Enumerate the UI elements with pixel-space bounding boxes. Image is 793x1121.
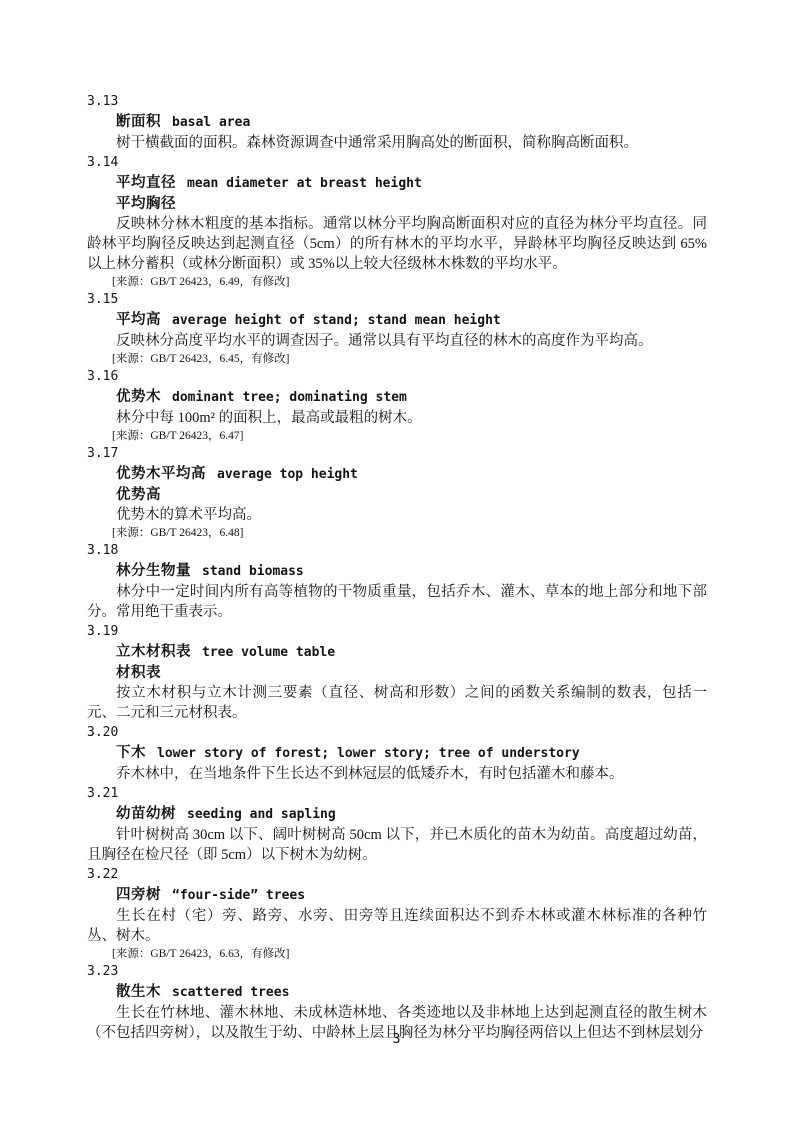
source-note: [来源：GB/T 26423，6.63，有修改] [87, 946, 707, 962]
definition: 反映林分林木粗度的基本指标。通常以林分平均胸高断面积对应的直径为林分平均直径。同… [87, 214, 707, 274]
term-zh: 优势木平均高 [116, 466, 206, 482]
term-line: 林分生物量stand biomass [87, 561, 707, 582]
definition: 林分中一定时间内所有高等植物的干物质重量，包括乔木、灌木、草本的地上部分和地下部… [87, 582, 707, 622]
section-number: 3.23 [87, 962, 707, 982]
term-line: 优势高 [87, 485, 707, 505]
term-en: dominant tree; dominating stem [172, 390, 407, 405]
term-section: 3.23 散生木scattered trees 生长在竹林地、灌木林地、未成林造… [87, 962, 707, 1043]
term-line: 平均直径mean diameter at breast height [87, 173, 707, 194]
definition: 树干横截面的面积。森林资源调查中通常采用胸高处的断面积，简称胸高断面积。 [87, 133, 707, 153]
definition-paragraph: 乔木林中，在当地条件下生长达不到林冠层的低矮乔木，有时包括灌木和藤本。 [87, 764, 707, 784]
term-zh: 四旁树 [116, 887, 161, 903]
term-section: 3.20 下木lower story of forest; lower stor… [87, 723, 707, 784]
term-zh: 下木 [116, 745, 146, 761]
term-zh: 断面积 [116, 114, 161, 130]
definition-paragraph: 林分中一定时间内所有高等植物的干物质重量，包括乔木、灌木、草本的地上部分和地下部… [87, 582, 707, 622]
definition-paragraph: 优势木的算术平均高。 [87, 505, 707, 525]
definition: 林分中每 100m² 的面积上，最高或最粗的树木。 [87, 408, 707, 428]
term-en: average height of stand; stand mean heig… [172, 313, 501, 328]
term-section: 3.16 优势木dominant tree; dominating stem 林… [87, 367, 707, 444]
term-line: 断面积basal area [87, 112, 707, 133]
term-line: 四旁树“four-side” trees [87, 885, 707, 906]
term-zh: 优势木 [116, 389, 161, 405]
definition: 生长在村（宅）旁、路旁、水旁、田旁等且连续面积达不到乔木林或灌木林标准的各种竹丛… [87, 906, 707, 946]
term-zh: 林分生物量 [116, 563, 191, 579]
term-lines: 断面积basal area [87, 112, 707, 133]
source-note: [来源：GB/T 26423，6.49，有修改] [87, 274, 707, 290]
definition: 反映林分高度平均水平的调查因子。通常以具有平均直径的林木的高度作为平均高。 [87, 331, 707, 351]
term-zh: 平均胸径 [116, 196, 176, 212]
term-section: 3.21 幼苗幼树seeding and sapling 针叶树树高 30cm … [87, 784, 707, 865]
definition: 优势木的算术平均高。 [87, 505, 707, 525]
term-en: scattered trees [172, 985, 289, 1000]
section-number: 3.19 [87, 622, 707, 642]
term-en: average top height [217, 467, 358, 482]
definition-paragraph: 反映林分高度平均水平的调查因子。通常以具有平均直径的林木的高度作为平均高。 [87, 331, 707, 351]
term-lines: 下木lower story of forest; lower story; tr… [87, 743, 707, 764]
section-number: 3.15 [87, 290, 707, 310]
definition-paragraph: 生长在村（宅）旁、路旁、水旁、田旁等且连续面积达不到乔木林或灌木林标准的各种竹丛… [87, 906, 707, 946]
term-zh: 材积表 [116, 665, 161, 681]
section-number: 3.22 [87, 865, 707, 885]
term-lines: 四旁树“four-side” trees [87, 885, 707, 906]
term-zh: 幼苗幼树 [116, 806, 176, 822]
term-line: 优势木平均高average top height [87, 464, 707, 485]
term-line: 平均高average height of stand; stand mean h… [87, 310, 707, 331]
section-number: 3.14 [87, 153, 707, 173]
section-number: 3.17 [87, 444, 707, 464]
section-number: 3.21 [87, 784, 707, 804]
term-zh: 散生木 [116, 984, 161, 1000]
term-lines: 优势木平均高average top height优势高 [87, 464, 707, 505]
section-number: 3.16 [87, 367, 707, 387]
term-section: 3.14 平均直径mean diameter at breast height平… [87, 153, 707, 290]
definition-paragraph: 反映林分林木粗度的基本指标。通常以林分平均胸高断面积对应的直径为林分平均直径。同… [87, 214, 707, 274]
term-zh: 平均高 [116, 312, 161, 328]
definition: 按立木材积与立木计测三要素（直径、树高和形数）之间的函数关系编制的数表，包括一元… [87, 683, 707, 723]
term-en: basal area [172, 115, 250, 130]
term-line: 材积表 [87, 663, 707, 683]
term-en: lower story of forest; lower story; tree… [157, 746, 580, 761]
definition-paragraph: 按立木材积与立木计测三要素（直径、树高和形数）之间的函数关系编制的数表，包括一元… [87, 683, 707, 723]
term-lines: 立木材积表tree volume table材积表 [87, 642, 707, 683]
section-number: 3.18 [87, 541, 707, 561]
section-number: 3.20 [87, 723, 707, 743]
term-lines: 平均直径mean diameter at breast height平均胸径 [87, 173, 707, 214]
term-line: 优势木dominant tree; dominating stem [87, 387, 707, 408]
term-section: 3.22 四旁树“four-side” trees 生长在村（宅）旁、路旁、水旁… [87, 865, 707, 962]
term-lines: 平均高average height of stand; stand mean h… [87, 310, 707, 331]
term-lines: 林分生物量stand biomass [87, 561, 707, 582]
term-en: stand biomass [202, 564, 304, 579]
definition: 乔木林中，在当地条件下生长达不到林冠层的低矮乔木，有时包括灌木和藤本。 [87, 764, 707, 784]
definition-paragraph: 林分中每 100m² 的面积上，最高或最粗的树木。 [87, 408, 707, 428]
sections: 3.13 断面积basal area 树干横截面的面积。森林资源调查中通常采用胸… [87, 92, 707, 1043]
term-section: 3.18 林分生物量stand biomass 林分中一定时间内所有高等植物的干… [87, 541, 707, 622]
source-note: [来源：GB/T 26423，6.48] [87, 525, 707, 541]
term-line: 下木lower story of forest; lower story; tr… [87, 743, 707, 764]
definition-paragraph: 针叶树树高 30cm 以下、阔叶树树高 50cm 以下，并已木质化的苗木为幼苗。… [87, 825, 707, 865]
term-lines: 优势木dominant tree; dominating stem [87, 387, 707, 408]
term-en: tree volume table [202, 645, 335, 660]
term-line: 散生木scattered trees [87, 982, 707, 1003]
term-lines: 散生木scattered trees [87, 982, 707, 1003]
term-zh: 平均直径 [116, 175, 176, 191]
term-en: seeding and sapling [187, 807, 336, 822]
term-section: 3.17 优势木平均高average top height优势高 优势木的算术平… [87, 444, 707, 541]
term-line: 幼苗幼树seeding and sapling [87, 804, 707, 825]
term-line: 平均胸径 [87, 194, 707, 214]
term-zh: 优势高 [116, 487, 161, 503]
definition-paragraph: 树干横截面的面积。森林资源调查中通常采用胸高处的断面积，简称胸高断面积。 [87, 133, 707, 153]
definition: 针叶树树高 30cm 以下、阔叶树树高 50cm 以下，并已木质化的苗木为幼苗。… [87, 825, 707, 865]
term-line: 立木材积表tree volume table [87, 642, 707, 663]
page-number: 3 [0, 1032, 793, 1047]
source-note: [来源：GB/T 26423，6.45，有修改] [87, 351, 707, 367]
term-en: “four-side” trees [172, 888, 305, 903]
term-section: 3.19 立木材积表tree volume table材积表 按立木材积与立木计… [87, 622, 707, 723]
term-section: 3.13 断面积basal area 树干横截面的面积。森林资源调查中通常采用胸… [87, 92, 707, 153]
term-zh: 立木材积表 [116, 644, 191, 660]
source-note: [来源：GB/T 26423，6.47] [87, 428, 707, 444]
term-en: mean diameter at breast height [187, 176, 422, 191]
section-number: 3.13 [87, 92, 707, 112]
term-lines: 幼苗幼树seeding and sapling [87, 804, 707, 825]
term-section: 3.15 平均高average height of stand; stand m… [87, 290, 707, 367]
